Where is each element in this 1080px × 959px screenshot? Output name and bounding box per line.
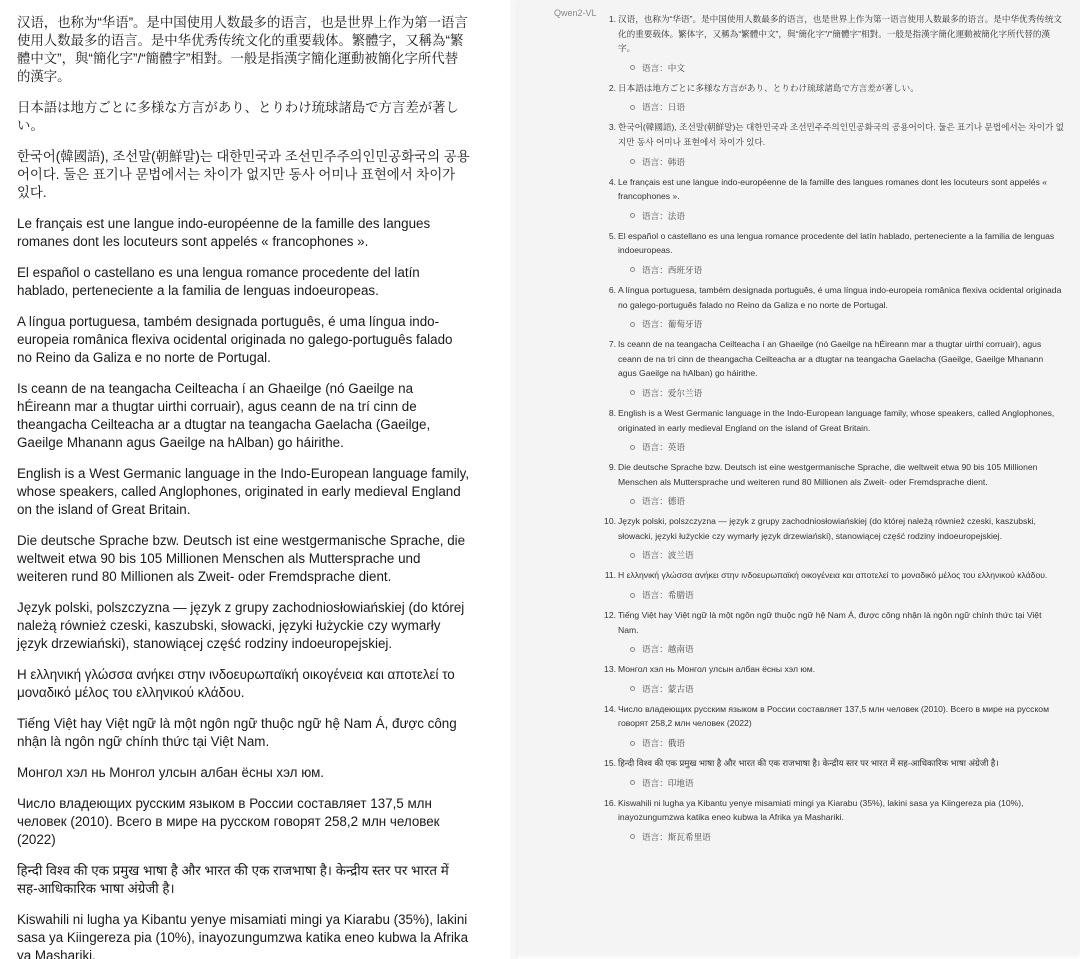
language-label: 语言：印地语 <box>630 777 1064 789</box>
list-item: 11. Η ελληνική γλώσσα ανήκει στην ινδοευ… <box>604 568 1064 601</box>
input-paragraph-french: Le français est une langue indo-européen… <box>17 215 470 251</box>
list-item: 10. Język polski, polszczyzna — język z … <box>604 514 1064 561</box>
list-item: 9. Die deutsche Sprache bzw. Deutsch ist… <box>604 460 1064 507</box>
item-number: 16. <box>599 796 616 811</box>
item-text: हिन्दी विश्व की एक प्रमुख भाषा है और भार… <box>618 756 1064 771</box>
item-text: Kiswahili ni lugha ya Kibantu yenye misa… <box>618 796 1064 825</box>
bullet-icon <box>630 105 635 110</box>
language-label: 语言：中文 <box>630 62 1064 74</box>
language-label: 语言：斯瓦希里语 <box>630 831 1064 843</box>
bullet-icon <box>630 213 635 218</box>
list-item: 6. A língua portuguesa, também designada… <box>604 283 1064 330</box>
input-paragraph-portuguese: A língua portuguesa, também designada po… <box>17 313 470 367</box>
item-number: 12. <box>599 608 616 623</box>
input-paragraph-greek: Η ελληνική γλώσσα ανήκει στην ινδοευρωπα… <box>17 666 470 702</box>
item-text: 汉语，也称为“华语”。是中国使用人数最多的语言，也是世界上作为第一语言使用人数最… <box>618 12 1064 56</box>
item-text: Die deutsche Sprache bzw. Deutsch ist ei… <box>618 460 1064 489</box>
response-list: 1. 汉语，也称为“华语”。是中国使用人数最多的语言，也是世界上作为第一语言使用… <box>604 12 1064 850</box>
item-number: 4. <box>604 175 616 190</box>
input-image-panel: 汉语，也称为“华语”。是中国使用人数最多的语言，也是世界上作为第一语言使用人数最… <box>0 0 510 959</box>
language-label: 语言：蒙古语 <box>630 683 1064 695</box>
item-number: 2. <box>604 81 616 96</box>
language-label: 语言：法语 <box>630 210 1064 222</box>
input-paragraph-english: English is a West Germanic language in t… <box>17 465 470 519</box>
language-label: 语言：日语 <box>630 101 1064 113</box>
input-paragraph-hindi: हिन्दी विश्व की एक प्रमुख भाषा है और भार… <box>17 862 470 898</box>
item-text: Is ceann de na teangacha Ceilteacha í an… <box>618 337 1064 381</box>
item-text: Tiếng Việt hay Việt ngữ là một ngôn ngữ … <box>618 608 1064 637</box>
bullet-icon <box>630 741 635 746</box>
list-item: 8. English is a West Germanic language i… <box>604 406 1064 453</box>
list-item: 7. Is ceann de na teangacha Ceilteacha í… <box>604 337 1064 399</box>
language-label: 语言：葡萄牙语 <box>630 318 1064 330</box>
item-text: 한국어(韓國語), 조선말(朝鮮말)는 대한민국과 조선민주주의인민공화국의 공… <box>618 120 1064 149</box>
list-item: 1. 汉语，也称为“华语”。是中国使用人数最多的语言，也是世界上作为第一语言使用… <box>604 12 1064 74</box>
list-item: 2. 日本語は地方ごとに多様な方言があり、とりわけ琉球諸島で方言差が著しい。 语… <box>604 81 1064 114</box>
item-number: 3. <box>604 120 616 135</box>
input-paragraph-japanese: 日本語は地方ごとに多様な方言があり、とりわけ琉球諸島で方言差が著しい。 <box>17 99 470 135</box>
model-name-label: Qwen2-VL <box>554 8 597 18</box>
item-number: 8. <box>604 406 616 421</box>
bullet-icon <box>630 834 635 839</box>
language-label: 语言：英语 <box>630 441 1064 453</box>
language-label: 语言：爱尔兰语 <box>630 387 1064 399</box>
input-paragraph-spanish: El español o castellano es una lengua ro… <box>17 264 470 300</box>
item-text: Język polski, polszczyzna — język z grup… <box>618 514 1064 543</box>
item-number: 14. <box>599 702 616 717</box>
language-label: 语言：德语 <box>630 495 1064 507</box>
bullet-icon <box>630 499 635 504</box>
item-number: 15. <box>599 756 616 771</box>
bullet-icon <box>630 65 635 70</box>
bullet-icon <box>630 553 635 558</box>
list-item: 15. हिन्दी विश्व की एक प्रमुख भाषा है और… <box>604 756 1064 789</box>
item-text: Le français est une langue indo-européen… <box>618 175 1064 204</box>
item-number: 1. <box>604 12 616 27</box>
input-paragraph-mongolian: Монгол хэл нь Монгол улсын албан ёсны хэ… <box>17 764 470 782</box>
item-text: English is a West Germanic language in t… <box>618 406 1064 435</box>
input-paragraph-irish: Is ceann de na teangacha Ceilteacha í an… <box>17 380 470 452</box>
list-item: 3. 한국어(韓國語), 조선말(朝鮮말)는 대한민국과 조선민주주의인민공화국… <box>604 120 1064 167</box>
language-label: 语言：希腊语 <box>630 589 1064 601</box>
input-paragraph-polish: Język polski, polszczyzna — język z grup… <box>17 599 470 653</box>
list-item: 4. Le français est une langue indo-europ… <box>604 175 1064 222</box>
item-text: Число владеющих русским языком в России … <box>618 702 1064 731</box>
item-text: Η ελληνική γλώσσα ανήκει στην ινδοευρωπα… <box>618 568 1064 583</box>
item-number: 7. <box>604 337 616 352</box>
list-item: 13. Монгол хэл нь Монгол улсын албан ёсн… <box>604 662 1064 695</box>
language-label: 语言：波兰语 <box>630 549 1064 561</box>
model-response-panel: Qwen2-VL 1. 汉语，也称为“华语”。是中国使用人数最多的语言，也是世界… <box>518 0 1080 955</box>
input-paragraph-russian: Число владеющих русским языком в России … <box>17 795 470 849</box>
item-number: 9. <box>604 460 616 475</box>
bullet-icon <box>630 445 635 450</box>
input-paragraph-chinese: 汉语，也称为“华语”。是中国使用人数最多的语言，也是世界上作为第一语言使用人数最… <box>17 14 470 86</box>
item-text: A língua portuguesa, também designada po… <box>618 283 1064 312</box>
language-label: 语言：俄语 <box>630 737 1064 749</box>
item-number: 13. <box>599 662 616 677</box>
list-item: 5. El español o castellano es una lengua… <box>604 229 1064 276</box>
language-label: 语言：西班牙语 <box>630 264 1064 276</box>
item-number: 6. <box>604 283 616 298</box>
bullet-icon <box>630 686 635 691</box>
input-paragraph-swahili: Kiswahili ni lugha ya Kibantu yenye misa… <box>17 911 470 959</box>
language-label: 语言：韩语 <box>630 156 1064 168</box>
list-item: 14. Число владеющих русским языком в Рос… <box>604 702 1064 749</box>
item-number: 5. <box>604 229 616 244</box>
panel-divider <box>510 0 518 959</box>
item-number: 10. <box>599 514 616 529</box>
bullet-icon <box>630 593 635 598</box>
input-paragraph-german: Die deutsche Sprache bzw. Deutsch ist ei… <box>17 532 470 586</box>
input-paragraph-vietnamese: Tiếng Việt hay Việt ngữ là một ngôn ngữ … <box>17 715 470 751</box>
bullet-icon <box>630 267 635 272</box>
item-text: Монгол хэл нь Монгол улсын албан ёсны хэ… <box>618 662 1064 677</box>
bullet-icon <box>630 647 635 652</box>
list-item: 12. Tiếng Việt hay Việt ngữ là một ngôn … <box>604 608 1064 655</box>
item-text: El español o castellano es una lengua ro… <box>618 229 1064 258</box>
bullet-icon <box>630 780 635 785</box>
item-text: 日本語は地方ごとに多様な方言があり、とりわけ琉球諸島で方言差が著しい。 <box>618 81 1064 96</box>
bullet-icon <box>630 390 635 395</box>
item-number: 11. <box>599 568 616 583</box>
list-item: 16. Kiswahili ni lugha ya Kibantu yenye … <box>604 796 1064 843</box>
bullet-icon <box>630 159 635 164</box>
language-label: 语言：越南语 <box>630 643 1064 655</box>
bullet-icon <box>630 322 635 327</box>
input-paragraph-korean: 한국어(韓國語), 조선말(朝鮮말)는 대한민국과 조선민주주의인민공화국의 공… <box>17 148 470 202</box>
